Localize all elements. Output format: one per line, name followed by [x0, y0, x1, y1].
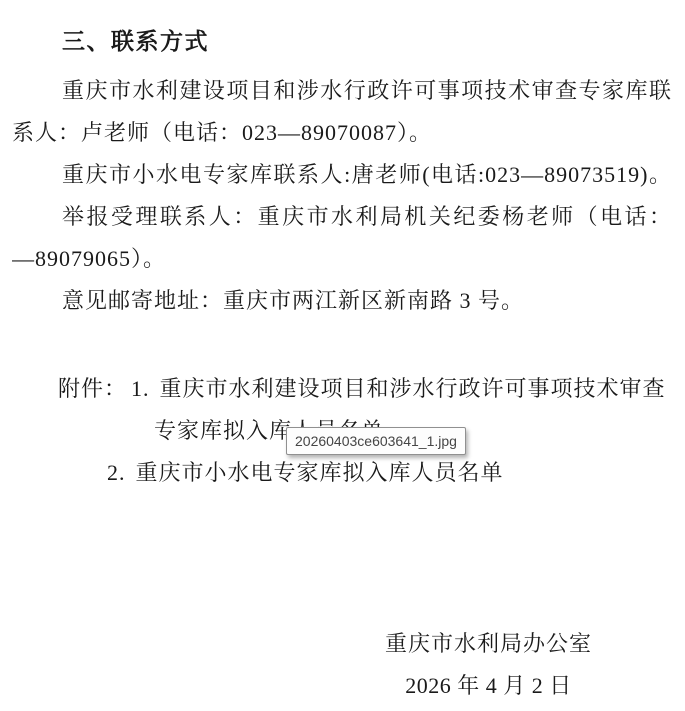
signature-date: 2026 年 4 月 2 日: [385, 665, 592, 707]
filename-tooltip: 20260403ce603641_1.jpg: [286, 427, 466, 455]
body-line-expert-pool-2: 系人：卢老师（电话：023—89070087）。: [12, 112, 672, 154]
document-page: 三、联系方式 重庆市水利建设项目和涉水行政许可事项技术审查专家库联 系人：卢老师…: [0, 0, 685, 711]
attachment-row-1: 附件：1.重庆市水利建设项目和涉水行政许可事项技术审查: [12, 368, 672, 410]
attachment-row-2: 2.重庆市小水电专家库拟入库人员名单: [12, 452, 672, 494]
signature-organization: 重庆市水利局办公室: [385, 623, 592, 665]
attachment-item-1-text: 重庆市水利建设项目和涉水行政许可事项技术审查: [160, 376, 666, 401]
section-heading: 三、联系方式: [62, 20, 672, 62]
attachment-item-2-number: 2.: [107, 460, 126, 485]
body-line-mailing-address: 意见邮寄地址：重庆市两江新区新南路 3 号。: [12, 280, 672, 322]
body-line-expert-pool-1: 重庆市水利建设项目和涉水行政许可事项技术审查专家库联: [12, 70, 672, 112]
body-line-report-contact-1: 举报受理联系人：重庆市水利局机关纪委杨老师（电话：023: [12, 196, 672, 238]
attachment-item-2-text: 重庆市小水电专家库拟入库人员名单: [136, 460, 504, 485]
attachment-item-1-number: 1.: [131, 376, 150, 401]
body-line-report-contact-2: —89079065）。: [12, 238, 672, 280]
attachment-label: 附件：: [58, 376, 127, 401]
body-line-hydropower-contact: 重庆市小水电专家库联系人:唐老师(电话:023—89073519)。: [12, 154, 672, 196]
signature-block: 重庆市水利局办公室 2026 年 4 月 2 日: [385, 623, 592, 707]
